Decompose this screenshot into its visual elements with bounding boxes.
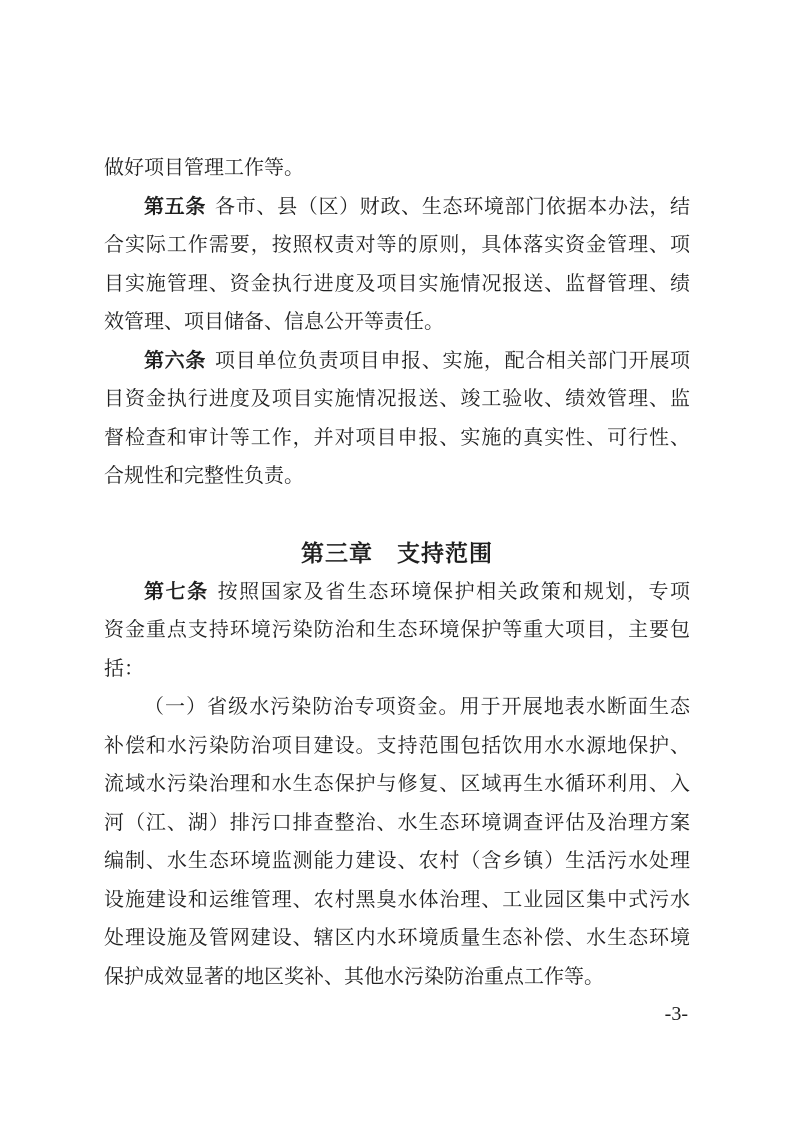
line-text: 做好项目管理工作等。 bbox=[104, 157, 304, 179]
line-text: 合规性和完整性负责。 bbox=[104, 465, 304, 487]
line-text: 督检查和审计等工作，并对项目申报、实施的真实性、可行性、 bbox=[104, 427, 690, 449]
text-line: 处理设施及管网建设、辖区内水环境质量生态补偿、水生态环境 bbox=[104, 919, 690, 958]
line-text: 项目单位负责项目申报、实施，配合相关部门开展项 bbox=[215, 350, 690, 372]
line-text: 括： bbox=[104, 658, 144, 680]
line-text: 资金重点支持环境污染防治和生态环境保护等重大项目，主要包 bbox=[104, 619, 690, 641]
document-body: 做好项目管理工作等。第五条各市、县（区）财政、生态环境部门依据本办法，结合实际工… bbox=[104, 149, 690, 996]
chapter-3-heading: 第三章 支持范围 bbox=[104, 534, 690, 573]
line-text: 效管理、项目储备、信息公开等责任。 bbox=[104, 311, 444, 333]
line-text: 保护成效显著的地区奖补、其他水污染防治重点工作等。 bbox=[104, 966, 604, 988]
text-line: 效管理、项目储备、信息公开等责任。 bbox=[104, 303, 690, 342]
line-text: 补偿和水污染防治项目建设。支持范围包括饮用水水源地保护、 bbox=[104, 735, 690, 757]
text-line: 补偿和水污染防治项目建设。支持范围包括饮用水水源地保护、 bbox=[104, 727, 690, 766]
para-article-6: 第六条项目单位负责项目申报、实施，配合相关部门开展项目资金执行进度及项目实施情况… bbox=[104, 342, 690, 496]
para-item-1: （一）省级水污染防治专项资金。用于开展地表水断面生态补偿和水污染防治项目建设。支… bbox=[104, 688, 690, 996]
text-line: 合实际工作需要，按照权责对等的原则，具体落实资金管理、项 bbox=[104, 226, 690, 265]
article-number: 第五条 bbox=[144, 196, 206, 218]
text-line: 目实施管理、资金执行进度及项目实施情况报送、监督管理、绩 bbox=[104, 265, 690, 304]
line-text: 编制、水生态环境监测能力建设、农村（含乡镇）生活污水处理 bbox=[104, 850, 690, 872]
line-text: 各市、县（区）财政、生态环境部门依据本办法，结 bbox=[215, 196, 690, 218]
line-text: 河（江、湖）排污口排查整治、水生态环境调查评估及治理方案 bbox=[104, 812, 690, 834]
line-text: 设施建设和运维管理、农村黑臭水体治理、工业园区集中式污水 bbox=[104, 889, 690, 911]
text-line: 流域水污染治理和水生态保护与修复、区域再生水循环利用、入 bbox=[104, 765, 690, 804]
page-number: -3- bbox=[665, 1002, 688, 1026]
text-line: 资金重点支持环境污染防治和生态环境保护等重大项目，主要包 bbox=[104, 611, 690, 650]
para-continued: 做好项目管理工作等。 bbox=[104, 149, 690, 188]
line-text: 合实际工作需要，按照权责对等的原则，具体落实资金管理、项 bbox=[104, 234, 690, 256]
article-number: 第六条 bbox=[144, 350, 206, 372]
text-line: 设施建设和运维管理、农村黑臭水体治理、工业园区集中式污水 bbox=[104, 881, 690, 920]
line-text: 目实施管理、资金执行进度及项目实施情况报送、监督管理、绩 bbox=[104, 273, 690, 295]
para-article-7: 第七条按照国家及省生态环境保护相关政策和规划，专项资金重点支持环境污染防治和生态… bbox=[104, 573, 690, 689]
text-line: 目资金执行进度及项目实施情况报送、竣工验收、绩效管理、监 bbox=[104, 380, 690, 419]
line-text: 流域水污染治理和水生态保护与修复、区域再生水循环利用、入 bbox=[104, 773, 690, 795]
text-line: （一）省级水污染防治专项资金。用于开展地表水断面生态 bbox=[104, 688, 690, 727]
line-text: 目资金执行进度及项目实施情况报送、竣工验收、绩效管理、监 bbox=[104, 388, 690, 410]
text-line: 合规性和完整性负责。 bbox=[104, 457, 690, 496]
text-line: 督检查和审计等工作，并对项目申报、实施的真实性、可行性、 bbox=[104, 419, 690, 458]
document-page: 做好项目管理工作等。第五条各市、县（区）财政、生态环境部门依据本办法，结合实际工… bbox=[0, 0, 794, 1123]
article-number: 第七条 bbox=[144, 581, 209, 603]
text-line: 保护成效显著的地区奖补、其他水污染防治重点工作等。 bbox=[104, 958, 690, 997]
text-line: 编制、水生态环境监测能力建设、农村（含乡镇）生活污水处理 bbox=[104, 842, 690, 881]
text-line: 第六条项目单位负责项目申报、实施，配合相关部门开展项 bbox=[104, 342, 690, 381]
text-line: 做好项目管理工作等。 bbox=[104, 149, 690, 188]
line-text: （一）省级水污染防治专项资金。用于开展地表水断面生态 bbox=[144, 696, 690, 718]
para-article-5: 第五条各市、县（区）财政、生态环境部门依据本办法，结合实际工作需要，按照权责对等… bbox=[104, 188, 690, 342]
text-line: 括： bbox=[104, 650, 690, 689]
text-line: 第七条按照国家及省生态环境保护相关政策和规划，专项 bbox=[104, 573, 690, 612]
line-text: 按照国家及省生态环境保护相关政策和规划，专项 bbox=[218, 581, 690, 603]
line-text: 处理设施及管网建设、辖区内水环境质量生态补偿、水生态环境 bbox=[104, 927, 690, 949]
text-line: 河（江、湖）排污口排查整治、水生态环境调查评估及治理方案 bbox=[104, 804, 690, 843]
text-line: 第五条各市、县（区）财政、生态环境部门依据本办法，结 bbox=[104, 188, 690, 227]
